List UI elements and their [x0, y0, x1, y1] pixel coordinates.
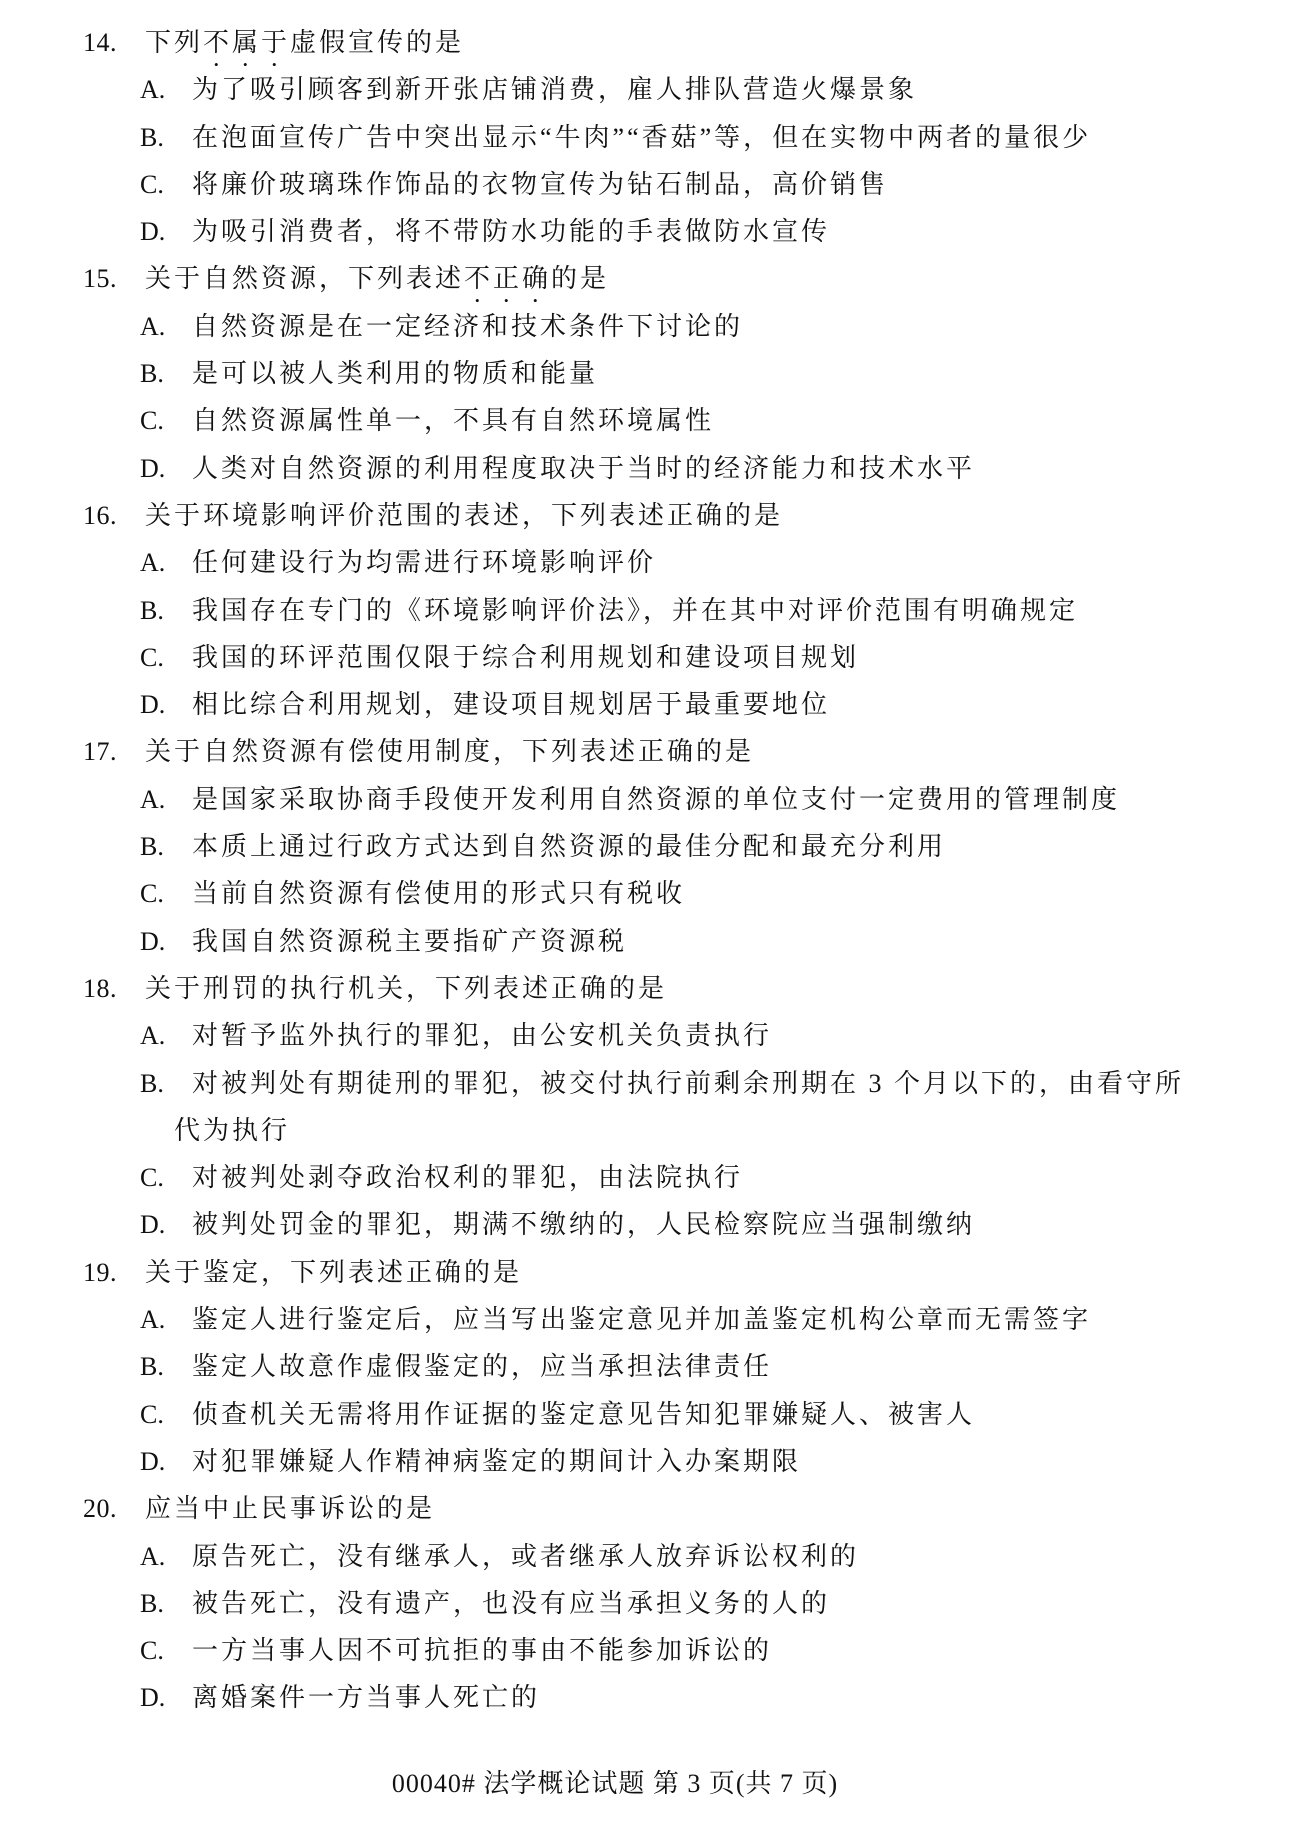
option-text: 自然资源属性单一，不具有自然环境属性	[192, 406, 714, 435]
exam-title: 法学概论试题	[483, 1769, 645, 1798]
option-text: 鉴定人故意作虚假鉴定的，应当承担法律责任	[192, 1352, 772, 1381]
option-d: D.离婚案件一方当事人死亡的	[83, 1674, 1263, 1721]
option-label: C.	[140, 1391, 192, 1438]
option-c: C.一方当事人因不可抗拒的事由不能参加诉讼的	[83, 1627, 1263, 1674]
option-c: C.对被判处剥夺政治权利的罪犯，由法院执行	[83, 1154, 1263, 1201]
option-text: 我国自然资源税主要指矿产资源税	[192, 927, 627, 956]
option-label: A.	[140, 1533, 192, 1580]
question-stem: 17.关于自然资源有偿使用制度，下列表述正确的是	[83, 728, 1263, 775]
stem-emphasis: 不属于	[203, 28, 290, 57]
question-18: 18.关于刑罚的执行机关，下列表述正确的是 A.对暂予监外执行的罪犯，由公安机关…	[83, 965, 1263, 1249]
question-15: 15.关于自然资源，下列表述不正确的是 A.自然资源是在一定经济和技术条件下讨论…	[83, 255, 1263, 491]
stem-text: 关于鉴定，下列表述正确的是	[145, 1258, 522, 1287]
option-label: D.	[140, 1674, 192, 1721]
option-text: 相比综合利用规划，建设项目规划居于最重要地位	[192, 690, 830, 719]
question-stem: 14.下列不属于虚假宣传的是	[83, 19, 1263, 66]
stem-text: 下列	[145, 28, 203, 57]
question-number: 14.	[83, 19, 145, 66]
option-text: 离婚案件一方当事人死亡的	[192, 1683, 540, 1712]
option-label: A.	[140, 66, 192, 113]
option-a: A.任何建设行为均需进行环境影响评价	[83, 539, 1263, 586]
option-label: D.	[140, 445, 192, 492]
option-label: B.	[140, 587, 192, 634]
stem-text: 应当中止民事诉讼的是	[145, 1494, 435, 1523]
option-label: C.	[140, 161, 192, 208]
stem-text-after: 虚假宣传的是	[290, 28, 464, 57]
option-d: D.相比综合利用规划，建设项目规划居于最重要地位	[83, 681, 1263, 728]
option-d: D.对犯罪嫌疑人作精神病鉴定的期间计入办案期限	[83, 1438, 1263, 1485]
page-footer: 00040# 法学概论试题 第 3 页(共 7 页)	[0, 1760, 1230, 1807]
option-label: C.	[140, 397, 192, 444]
option-text: 本质上通过行政方式达到自然资源的最佳分配和最充分利用	[192, 832, 946, 861]
option-label: A.	[140, 539, 192, 586]
option-c: C.自然资源属性单一，不具有自然环境属性	[83, 397, 1263, 444]
question-number: 20.	[83, 1485, 145, 1532]
option-text: 鉴定人进行鉴定后，应当写出鉴定意见并加盖鉴定机构公章而无需签字	[192, 1305, 1091, 1334]
question-19: 19.关于鉴定，下列表述正确的是 A.鉴定人进行鉴定后，应当写出鉴定意见并加盖鉴…	[83, 1249, 1263, 1485]
option-label: A.	[140, 1296, 192, 1343]
stem-text: 关于自然资源有偿使用制度，下列表述正确的是	[145, 737, 754, 766]
question-number: 15.	[83, 255, 145, 302]
option-label: B.	[140, 823, 192, 870]
option-label: D.	[140, 918, 192, 965]
option-text: 是可以被人类利用的物质和能量	[192, 359, 598, 388]
option-label: D.	[140, 1438, 192, 1485]
exam-page: 14.下列不属于虚假宣传的是 A.为了吸引顾客到新开张店铺消费，雇人排队营造火爆…	[0, 0, 1308, 1836]
option-c: C.将廉价玻璃珠作饰品的衣物宣传为钻石制品，高价销售	[83, 161, 1263, 208]
option-label: A.	[140, 1012, 192, 1059]
question-14: 14.下列不属于虚假宣传的是 A.为了吸引顾客到新开张店铺消费，雇人排队营造火爆…	[83, 19, 1263, 255]
option-label: D.	[140, 1201, 192, 1248]
option-text: 对被判处剥夺政治权利的罪犯，由法院执行	[192, 1163, 743, 1192]
option-text: 人类对自然资源的利用程度取决于当时的经济能力和技术水平	[192, 454, 975, 483]
option-a: A.鉴定人进行鉴定后，应当写出鉴定意见并加盖鉴定机构公章而无需签字	[83, 1296, 1263, 1343]
option-d: D.人类对自然资源的利用程度取决于当时的经济能力和技术水平	[83, 445, 1263, 492]
question-stem: 18.关于刑罚的执行机关，下列表述正确的是	[83, 965, 1263, 1012]
option-label: A.	[140, 303, 192, 350]
question-number: 19.	[83, 1249, 145, 1296]
question-stem: 19.关于鉴定，下列表述正确的是	[83, 1249, 1263, 1296]
option-label: C.	[140, 1154, 192, 1201]
option-label: D.	[140, 681, 192, 728]
option-text: 我国的环评范围仅限于综合利用规划和建设项目规划	[192, 643, 859, 672]
option-text: 任何建设行为均需进行环境影响评价	[192, 548, 656, 577]
option-b: B.在泡面宣传广告中突出显示“牛肉”“香菇”等，但在实物中两者的量很少	[83, 114, 1263, 161]
option-label: B.	[140, 1343, 192, 1390]
question-number: 18.	[83, 965, 145, 1012]
stem-emphasis: 不正确	[464, 264, 551, 293]
option-label: B.	[140, 1060, 192, 1107]
option-text: 侦查机关无需将用作证据的鉴定意见告知犯罪嫌疑人、被害人	[192, 1400, 975, 1429]
question-stem: 15.关于自然资源，下列表述不正确的是	[83, 255, 1263, 302]
option-text: 为吸引消费者，将不带防水功能的手表做防水宣传	[192, 217, 830, 246]
question-17: 17.关于自然资源有偿使用制度，下列表述正确的是 A.是国家采取协商手段使开发利…	[83, 728, 1263, 964]
option-label: C.	[140, 1627, 192, 1674]
option-b: B.被告死亡，没有遗产，也没有应当承担义务的人的	[83, 1580, 1263, 1627]
question-list: 14.下列不属于虚假宣传的是 A.为了吸引顾客到新开张店铺消费，雇人排队营造火爆…	[83, 19, 1263, 1722]
option-d: D.为吸引消费者，将不带防水功能的手表做防水宣传	[83, 208, 1263, 255]
question-number: 17.	[83, 728, 145, 775]
option-a: A.为了吸引顾客到新开张店铺消费，雇人排队营造火爆景象	[83, 66, 1263, 113]
option-c: C.当前自然资源有偿使用的形式只有税收	[83, 870, 1263, 917]
option-label: B.	[140, 350, 192, 397]
option-d: D.被判处罚金的罪犯，期满不缴纳的，人民检察院应当强制缴纳	[83, 1201, 1263, 1248]
stem-text: 关于环境影响评价范围的表述，下列表述正确的是	[145, 501, 783, 530]
option-b-continuation: 代为执行	[83, 1107, 1263, 1154]
stem-text: 关于自然资源，下列表述	[145, 264, 464, 293]
option-text: 为了吸引顾客到新开张店铺消费，雇人排队营造火爆景象	[192, 75, 917, 104]
option-a: A.自然资源是在一定经济和技术条件下讨论的	[83, 303, 1263, 350]
option-text: 对被判处有期徒刑的罪犯，被交付执行前剩余刑期在 3 个月以下的，由看守所	[192, 1069, 1184, 1098]
stem-text-after: 的是	[551, 264, 609, 293]
option-text: 被判处罚金的罪犯，期满不缴纳的，人民检察院应当强制缴纳	[192, 1210, 975, 1239]
option-text: 在泡面宣传广告中突出显示“牛肉”“香菇”等，但在实物中两者的量很少	[192, 123, 1091, 152]
option-text: 当前自然资源有偿使用的形式只有税收	[192, 879, 685, 908]
question-number: 16.	[83, 492, 145, 539]
option-text: 是国家采取协商手段使开发利用自然资源的单位支付一定费用的管理制度	[192, 785, 1120, 814]
option-text: 我国存在专门的《环境影响评价法》，并在其中对评价范围有明确规定	[192, 596, 1078, 625]
option-text: 对犯罪嫌疑人作精神病鉴定的期间计入办案期限	[192, 1447, 801, 1476]
option-b: B.对被判处有期徒刑的罪犯，被交付执行前剩余刑期在 3 个月以下的，由看守所	[83, 1060, 1263, 1107]
option-label: C.	[140, 870, 192, 917]
option-text: 被告死亡，没有遗产，也没有应当承担义务的人的	[192, 1589, 830, 1618]
option-a: A.是国家采取协商手段使开发利用自然资源的单位支付一定费用的管理制度	[83, 776, 1263, 823]
option-label: A.	[140, 776, 192, 823]
option-d: D.我国自然资源税主要指矿产资源税	[83, 918, 1263, 965]
option-b: B.本质上通过行政方式达到自然资源的最佳分配和最充分利用	[83, 823, 1263, 870]
page-number: 第 3 页(共 7 页)	[653, 1769, 838, 1798]
question-16: 16.关于环境影响评价范围的表述，下列表述正确的是 A.任何建设行为均需进行环境…	[83, 492, 1263, 728]
question-stem: 16.关于环境影响评价范围的表述，下列表述正确的是	[83, 492, 1263, 539]
option-text-continuation: 代为执行	[174, 1116, 290, 1145]
question-20: 20.应当中止民事诉讼的是 A.原告死亡，没有继承人，或者继承人放弃诉讼权利的 …	[83, 1485, 1263, 1721]
option-label: C.	[140, 634, 192, 681]
question-stem: 20.应当中止民事诉讼的是	[83, 1485, 1263, 1532]
option-text: 自然资源是在一定经济和技术条件下讨论的	[192, 312, 743, 341]
option-label: D.	[140, 208, 192, 255]
option-a: A.对暂予监外执行的罪犯，由公安机关负责执行	[83, 1012, 1263, 1059]
stem-text: 关于刑罚的执行机关，下列表述正确的是	[145, 974, 667, 1003]
option-c: C.我国的环评范围仅限于综合利用规划和建设项目规划	[83, 634, 1263, 681]
option-b: B.是可以被人类利用的物质和能量	[83, 350, 1263, 397]
option-label: B.	[140, 1580, 192, 1627]
option-b: B.我国存在专门的《环境影响评价法》，并在其中对评价范围有明确规定	[83, 587, 1263, 634]
option-text: 原告死亡，没有继承人，或者继承人放弃诉讼权利的	[192, 1542, 859, 1571]
option-b: B.鉴定人故意作虚假鉴定的，应当承担法律责任	[83, 1343, 1263, 1390]
option-text: 将廉价玻璃珠作饰品的衣物宣传为钻石制品，高价销售	[192, 170, 888, 199]
option-label: B.	[140, 114, 192, 161]
option-c: C.侦查机关无需将用作证据的鉴定意见告知犯罪嫌疑人、被害人	[83, 1391, 1263, 1438]
option-text: 一方当事人因不可抗拒的事由不能参加诉讼的	[192, 1636, 772, 1665]
exam-code: 00040#	[392, 1769, 476, 1798]
option-text: 对暂予监外执行的罪犯，由公安机关负责执行	[192, 1021, 772, 1050]
option-a: A.原告死亡，没有继承人，或者继承人放弃诉讼权利的	[83, 1533, 1263, 1580]
